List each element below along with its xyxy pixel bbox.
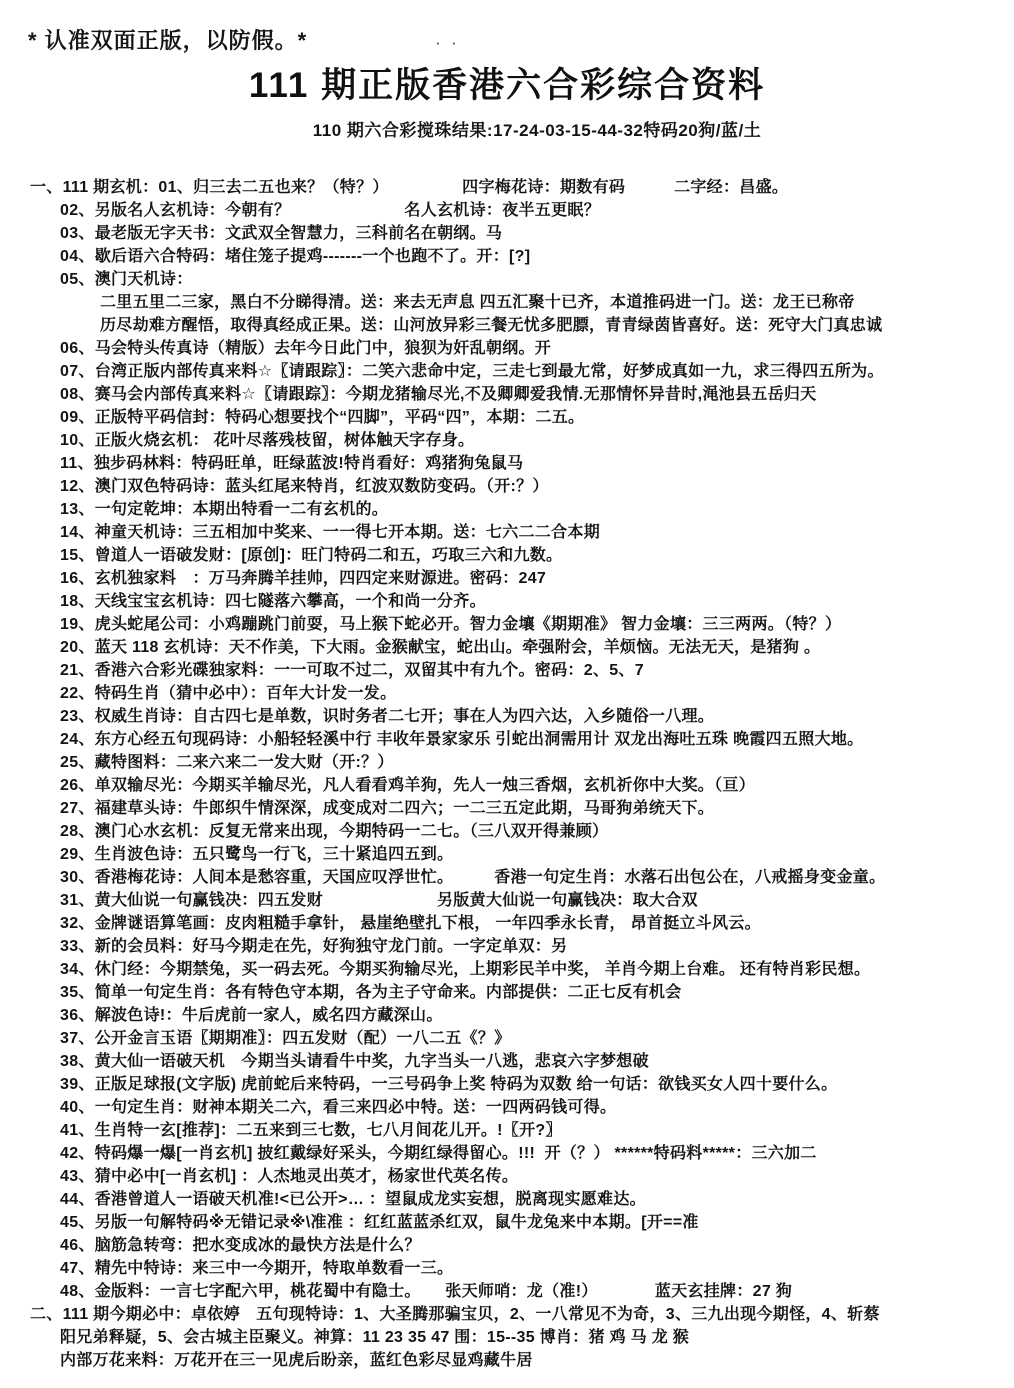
text-line-35: 34、休门经：今期禁兔，买一码去死。今期买狗输尽光，上期彩民羊中奖， 羊肖今期上…	[0, 958, 1014, 981]
text-line-12: 10、正版火烧玄机： 花叶尽落残枝留，树体触天字存身。	[0, 429, 1014, 452]
text-line-4: 04、歇后语六合特码：堵住笼子提鸡-------一个也跑不了。开：[?]	[0, 245, 1014, 268]
text-line-43: 42、特码爆一爆[一肖玄机] 披红戴绿好采头，今期红绿得留心。!!! 开（？） …	[0, 1142, 1014, 1165]
text-line-30: 29、生肖波色诗：五只鹭鸟一行飞，三十紧追四五到。	[0, 843, 1014, 866]
text-line-29: 28、澳门心水玄机：反复无常来出现，今期特码一二七。（三八双开得兼顾）	[0, 820, 1014, 843]
text-line-1: 一、111 期玄机：01、归三去二五也来？（特？） 四字梅花诗：期数有码 二字经…	[0, 176, 1014, 199]
text-line-36: 35、简单一句定生肖：各有特色守本期，各为主子守命来。内部提供：二正七反有机会	[0, 981, 1014, 1004]
previous-draw-result: 110 期六合彩搅珠结果:17-24-03-15-44-32特码20狗/蓝/土	[30, 116, 1014, 141]
text-line-32: 31、黄大仙说一句赢钱决：四五发财 另版黄大仙说一句赢钱决：取大合双	[0, 889, 1014, 912]
text-line-25: 24、东方心经五句现码诗：小船轻轻溪中行 丰收年景家家乐 引蛇出洞需用计 双龙出…	[0, 728, 1014, 751]
text-line-13: 11、独步码林料：特码旺单，旺绿蓝波!特肖看好：鸡猪狗兔鼠马	[0, 452, 1014, 475]
text-line-24: 23、权威生肖诗：自古四七是单数，识时务者二七开；事在人为四六达，入乡随俗一八理…	[0, 705, 1014, 728]
text-line-39: 38、黄大仙一语破天机 今期当头请看牛中奖，九字当头一八逃，悲哀六字梦想破	[0, 1050, 1014, 1073]
text-line-19: 18、天线宝宝玄机诗：四七隧落六攀高，一个和尚一分齐。	[0, 590, 1014, 613]
text-line-46: 45、另版一句解特码※无错记录※\准准 ：红红蓝蓝杀红双，鼠牛龙兔来中本期。[开…	[0, 1211, 1014, 1234]
text-line-6: 二里五里二三家，黑白不分睇得清。送：来去无声息 四五汇聚十已齐，本道推码进一门。…	[0, 291, 1014, 314]
text-line-20: 19、虎头蛇尾公司：小鸡蹦跳门前耍，马上猴下蛇必开。智力金壤《期期准》 智力金壤…	[0, 613, 1014, 636]
text-line-47: 46、脑筋急转弯：把水变成冰的最快方法是什么？	[0, 1234, 1014, 1257]
text-line-38: 37、公开金言玉语〖期期准〗：四五发财（配）一八二五《？》	[0, 1027, 1014, 1050]
text-line-18: 16、玄机独家料 ：万马奔腾羊挂帅，四四定来财源进。密码：247	[0, 567, 1014, 590]
text-line-27: 26、单双输尽光：今期买羊输尽光，凡人看看鸡羊狗，先人一烛三香烟，玄机祈你中大奖…	[0, 774, 1014, 797]
text-line-9: 07、台湾正版内部传真来料☆〖请跟踪〗：二笑六悲命中定，三走七到最尢常，好梦成真…	[0, 360, 1014, 383]
text-line-41: 40、一句定生肖：财神本期关二六，看三来四必中特。送：一四两码钱可得。	[0, 1096, 1014, 1119]
text-line-10: 08、赛马会内部传真来料☆〖请跟踪〗：今期龙猪输尽光,不及卿卿爱我情.无那情怀异…	[0, 383, 1014, 406]
text-line-22: 21、香港六合彩光碟独家料：一一可取不过二，双留其中有九个。密码：2、5、7	[0, 659, 1014, 682]
text-line-7: 历尽劫难方醒悟，取得真经成正果。送：山河放异彩三餐无忧多肥膘，青青绿茵皆喜好。送…	[0, 314, 1014, 337]
text-line-50: 二、111 期今期必中：卓依婷 五句现特诗：1、大圣腾那骗宝贝，2、一八常见不为…	[0, 1303, 1014, 1326]
text-line-28: 27、福建草头诗：牛郎织牛情深深，成变成对二四六；一二三五定此期，马哥狗弟统天下…	[0, 797, 1014, 820]
text-line-8: 06、马会特头传真诗（精版）去年今日此门中，狼狈为奸乱朝纲。开	[0, 337, 1014, 360]
text-line-44: 43、猜中必中[一肖玄机] ：人杰地灵出英才，杨家世代英名传。	[0, 1165, 1014, 1188]
text-line-51: 阳兄弟释疑，5、会古城主臣聚义。神算：11 23 35 47 围：15--35 …	[0, 1326, 1014, 1349]
text-line-2: 02、另版名人玄机诗：今朝有？ 名人玄机诗：夜半五更眠？	[0, 199, 1014, 222]
text-line-3: 03、最老版无字天书：文武双全智慧力，三科前名在朝纲。马	[0, 222, 1014, 245]
text-line-14: 12、澳门双色特码诗：蓝头红尾来特肖，红波双数防变码。（开:？）	[0, 475, 1014, 498]
text-line-34: 33、新的会员料：好马今期走在先，好狗独守龙门前。一字定单双：另	[0, 935, 1014, 958]
text-line-37: 36、解波色诗!：牛后虎前一家人，威名四方藏深山。	[0, 1004, 1014, 1027]
anti-fake-notice: * 认准双面正版，以防假。*	[28, 24, 307, 55]
text-line-23: 22、特码生肖（猜中必中）：百年大计发一发。	[0, 682, 1014, 705]
text-line-52: 内部万花来料：万花开在三一见虎后盼亲，蓝红色彩尽显鸡藏牛居	[0, 1349, 1014, 1372]
document-page: { "header": { "notice": "* 认准双面正版，以防假。*"…	[0, 0, 1014, 1388]
text-line-5: 05、澳门天机诗：	[0, 268, 1014, 291]
text-line-33: 32、金牌谜语算笔画：皮肉粗糙手拿针， 悬崖绝壁扎下根， 一年四季永长青， 昂首…	[0, 912, 1014, 935]
text-line-48: 47、精先中特诗：来三中一今期开，特取单数看一三。	[0, 1257, 1014, 1280]
text-line-31: 30、香港梅花诗：人间本是愁容重，天国应叹浮世忙。 香港一句定生肖：水落石出包公…	[0, 866, 1014, 889]
text-line-17: 15、曾道人一语破发财：[原创]：旺门特码二和五，巧取三六和九数。	[0, 544, 1014, 567]
text-line-42: 41、生肖特一玄[推荐]：二五来到三七数，七八月间花儿开。!〖开?〗	[0, 1119, 1014, 1142]
text-line-21: 20、蓝天 118 玄机诗：天不作美，下大雨。金猴献宝，蛇出山。牵强附会，羊烦恼…	[0, 636, 1014, 659]
text-line-15: 13、一句定乾坤：本期出特看一二有玄机的。	[0, 498, 1014, 521]
text-line-40: 39、正版足球报(文字版) 虎前蛇后来特码，一三号码争上奖 特码为双数 给一句话…	[0, 1073, 1014, 1096]
text-line-11: 09、正版特平码信封：特码心想要找个“四脚”，平码“四”，本期：二五。	[0, 406, 1014, 429]
text-line-45: 44、香港曾道人一语破天机准!<已公开>… ：望鼠成龙实妄想，脱离现实愿难达。	[0, 1188, 1014, 1211]
scan-dots: · ·	[436, 36, 460, 51]
page-title: 111 期正版香港六合彩综合资料	[0, 58, 1014, 108]
text-line-26: 25、藏特图料：二来六来二一发大财（开:？）	[0, 751, 1014, 774]
content-lines: 一、111 期玄机：01、归三去二五也来？（特？） 四字梅花诗：期数有码 二字经…	[0, 176, 1014, 1372]
text-line-49: 48、金版料：一言七字配六甲，桃花蜀中有隐士。 张天师哨：龙（准!） 蓝天玄挂牌…	[0, 1280, 1014, 1303]
text-line-16: 14、神童天机诗：三五相加中奖来、一一得七开本期。送：七六二二合本期	[0, 521, 1014, 544]
